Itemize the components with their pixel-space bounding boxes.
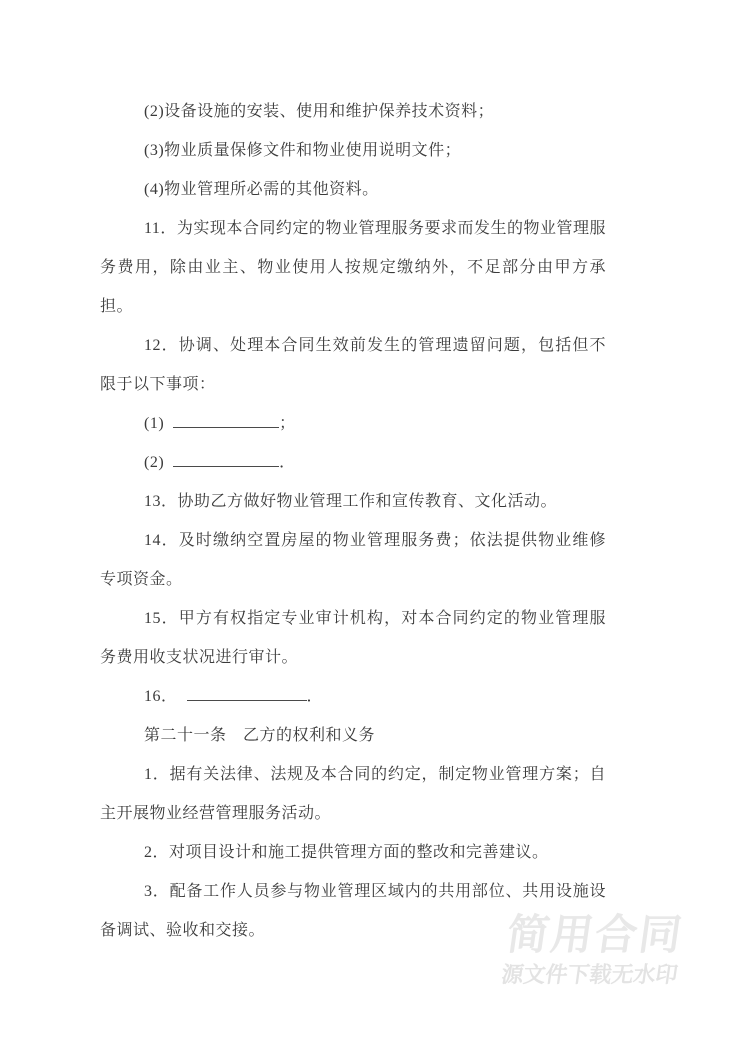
contract-paragraph: (2)设备设施的安装、使用和维护保养技术资料； bbox=[100, 92, 606, 131]
blank-item-suffix: ． bbox=[279, 454, 296, 471]
contract-paragraph: 11．为实现本合同约定的物业管理服务要求而发生的物业管理服务费用，除由业主、物业… bbox=[100, 209, 606, 326]
contract-paragraph: (3)物业质量保修文件和物业使用说明文件； bbox=[100, 131, 606, 170]
contract-document-page: (2)设备设施的安装、使用和维护保养技术资料；(3)物业质量保修文件和物业使用说… bbox=[0, 0, 742, 1049]
contract-paragraph: 12．协调、处理本合同生效前发生的管理遗留问题，包括但不限于以下事项： bbox=[100, 326, 606, 404]
fill-in-blank-paragraph: (2)． bbox=[100, 443, 606, 482]
blank-item-suffix: ． bbox=[307, 688, 324, 705]
contract-paragraph: 15．甲方有权指定专业审计机构，对本合同约定的物业管理服务费用收支状况进行审计。 bbox=[100, 599, 606, 677]
watermark: 简用合同 源文件下载无水印 bbox=[500, 912, 731, 988]
fill-in-blank-line bbox=[173, 450, 279, 467]
fill-in-blank-paragraph: 16．． bbox=[100, 677, 606, 716]
fill-in-blank-paragraph: (1)； bbox=[100, 404, 606, 443]
blank-item-suffix: ； bbox=[279, 415, 296, 432]
fill-in-blank-line bbox=[187, 684, 307, 701]
fill-in-blank-line bbox=[173, 411, 279, 428]
contract-paragraph: 14．及时缴纳空置房屋的物业管理服务费；依法提供物业维修专项资金。 bbox=[100, 521, 606, 599]
blank-item-prefix: (2) bbox=[144, 454, 164, 471]
blank-item-prefix: (1) bbox=[144, 415, 164, 432]
contract-paragraph: 1．据有关法律、法规及本合同的约定，制定物业管理方案；自主开展物业经营管理服务活… bbox=[100, 755, 606, 833]
contract-paragraph: 第二十一条 乙方的权利和义务 bbox=[100, 716, 606, 755]
watermark-subtitle: 源文件下载无水印 bbox=[500, 962, 724, 988]
contract-paragraph: (4)物业管理所必需的其他资料。 bbox=[100, 170, 606, 209]
contract-body-text: (2)设备设施的安装、使用和维护保养技术资料；(3)物业质量保修文件和物业使用说… bbox=[100, 92, 606, 950]
contract-paragraph: 13．协助乙方做好物业管理工作和宣传教育、文化活动。 bbox=[100, 482, 606, 521]
watermark-title: 简用合同 bbox=[504, 912, 730, 958]
blank-item-prefix: 16． bbox=[144, 688, 178, 705]
contract-paragraph: 2．对项目设计和施工提供管理方面的整改和完善建议。 bbox=[100, 833, 606, 872]
